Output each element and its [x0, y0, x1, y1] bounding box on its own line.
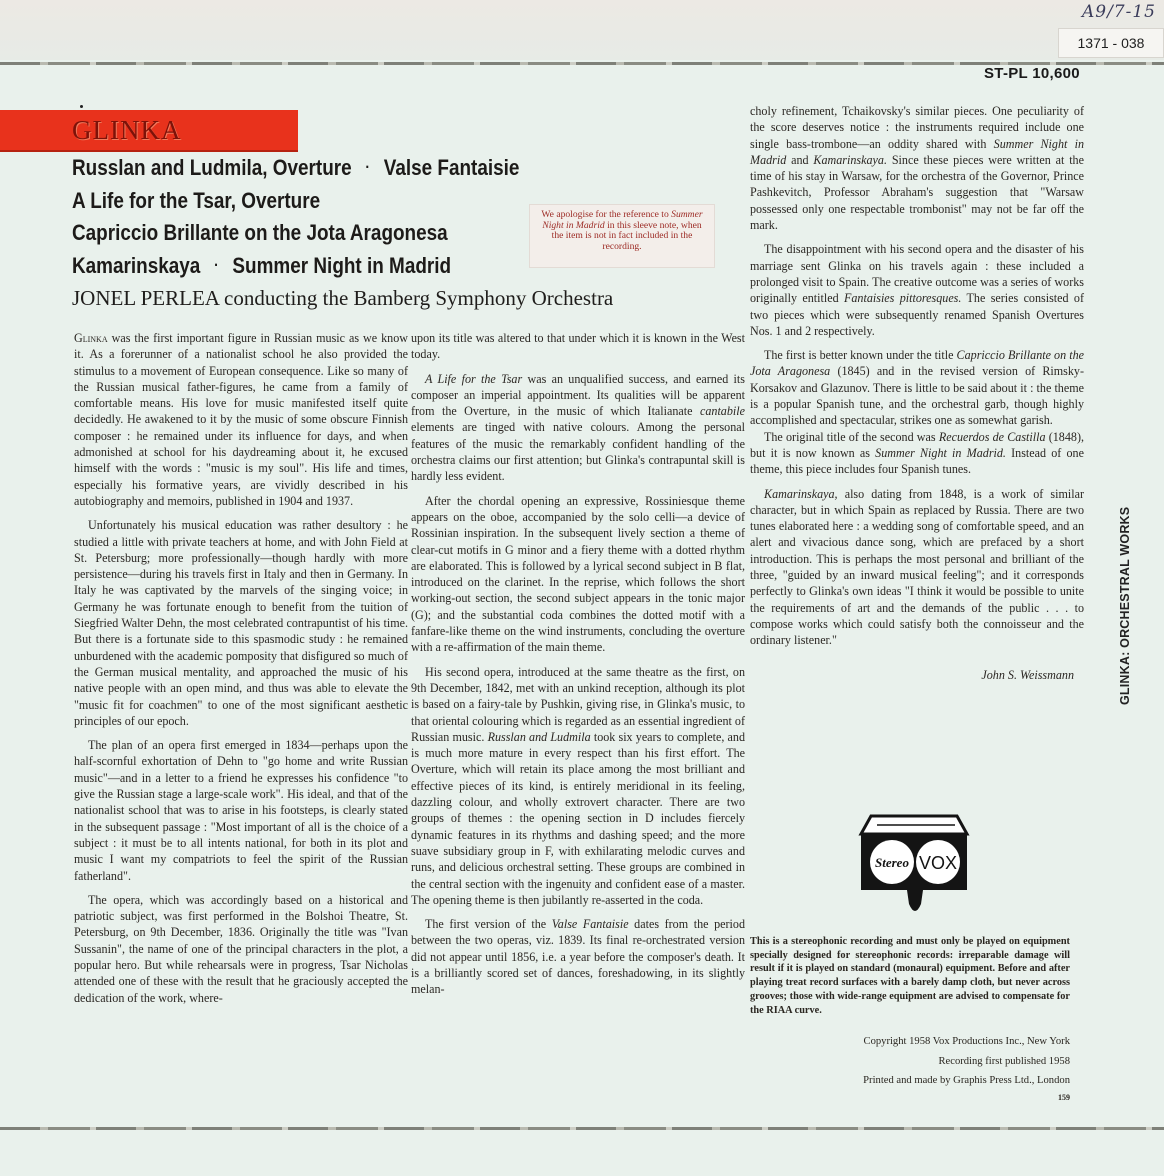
notes-column-1: Glinka was the first important figure in… — [74, 330, 408, 1014]
italic-term: cantabile — [700, 404, 745, 418]
svg-text:Stereo: Stereo — [875, 855, 909, 870]
work-line: Russlan and Ludmila, Overture·Valse Fant… — [72, 152, 519, 185]
print-speck — [80, 105, 83, 108]
author-signature: John S. Weissmann — [750, 667, 1084, 683]
bottom-fold-line — [0, 1127, 1164, 1130]
work-title: Summer Night in Madrid — [232, 253, 451, 278]
work-title: A Life for the Tsar, Overture — [72, 188, 320, 213]
composer-banner: GLINKA — [0, 110, 298, 152]
italic-title: Summer Night in Madrid. — [875, 446, 1006, 460]
printer-line: Printed and made by Graphis Press Ltd., … — [750, 1071, 1070, 1091]
paragraph: The plan of an opera first emerged in 18… — [74, 737, 408, 884]
italic-title: Russlan and Ludmila — [488, 730, 591, 744]
separator-dot: · — [214, 250, 219, 283]
stereo-notice: This is a stereophonic recording and mus… — [750, 935, 1070, 1017]
paragraph-text: The first version of the — [425, 917, 546, 931]
paragraph-text: also dating from 1848, is a work of simi… — [750, 487, 1084, 648]
paragraph: choly refinement, Tchaikovsky's similar … — [750, 103, 1084, 233]
copyright-line: Copyright 1958 Vox Productions Inc., New… — [750, 1032, 1070, 1052]
works-list: Russlan and Ludmila, Overture·Valse Fant… — [72, 152, 592, 282]
drop-lead: Glinka — [74, 331, 108, 345]
paragraph-text: took six years to complete, and is much … — [411, 730, 745, 907]
paragraph: His second opera, introduced at the same… — [411, 664, 745, 908]
work-title: Russlan and Ludmila, Overture — [72, 155, 352, 180]
paragraph: Kamarinskaya, also dating from 1848, is … — [750, 486, 1084, 649]
work-title: Valse Fantaisie — [384, 155, 520, 180]
paragraph: The disappointment with his second opera… — [750, 241, 1084, 339]
sleeve-top-edge — [0, 0, 1164, 60]
apology-text: We apologise for the reference to — [541, 209, 668, 220]
catalog-number: ST-PL 10,600 — [984, 65, 1080, 82]
work-line: Capriccio Brillante on the Jota Aragones… — [72, 217, 519, 250]
paragraph: The opera, which was accordingly based o… — [74, 892, 408, 1006]
paragraph: Glinka was the first important figure in… — [74, 330, 408, 509]
italic-title: Fantaisies pittoresques. — [844, 291, 961, 305]
paragraph-text: elements are tinged with native colours.… — [411, 420, 745, 483]
apology-sticker: We apologise for the reference to Summer… — [529, 204, 715, 268]
copyright-block: Copyright 1958 Vox Productions Inc., New… — [750, 1032, 1070, 1105]
italic-title: Kamarinskaya, — [764, 487, 838, 501]
spine-title: GLINKA: ORCHESTRAL WORKS — [1118, 507, 1132, 705]
notes-column-3: choly refinement, Tchaikovsky's similar … — [750, 103, 1084, 683]
paragraph: Unfortunately his musical education was … — [74, 517, 408, 729]
work-line: Kamarinskaya·Summer Night in Madrid — [72, 250, 519, 283]
work-line: A Life for the Tsar, Overture — [72, 185, 519, 218]
italic-title: Valse Fantaisie — [552, 917, 629, 931]
work-title: Capriccio Brillante on the Jota Aragones… — [72, 220, 448, 245]
recording-published-line: Recording first published 1958 — [750, 1052, 1070, 1072]
paragraph-text: The first is better known under the titl… — [764, 348, 953, 362]
paragraph: After the chordal opening an expressive,… — [411, 493, 745, 656]
svg-text:VOX: VOX — [919, 853, 957, 873]
paragraph: The first is better known under the titl… — [750, 347, 1084, 428]
paragraph-text: and — [791, 153, 808, 167]
work-title: Kamarinskaya — [72, 253, 200, 278]
paragraph-text: The original title of the second was — [764, 430, 936, 444]
paragraph: upon its title was altered to that under… — [411, 330, 745, 363]
separator-dot: · — [365, 152, 370, 185]
catalog-sticker: 1371 - 038 — [1058, 28, 1164, 58]
print-code: 159 — [750, 1091, 1070, 1105]
italic-title: A Life for the Tsar — [425, 372, 522, 386]
italic-title: Kamarinskaya. — [813, 153, 887, 167]
performers-credit: JONEL PERLEA conducting the Bamberg Symp… — [72, 286, 613, 311]
vox-stereo-logo-icon: Stereo VOX — [855, 812, 973, 922]
paragraph-text: was the first important figure in Russia… — [74, 331, 408, 508]
italic-title: Recuerdos de Castilla — [939, 430, 1046, 444]
paragraph: The first version of the Valse Fantaisie… — [411, 916, 745, 997]
composer-name: GLINKA — [72, 115, 181, 146]
paragraph: A Life for the Tsar was an unqualified s… — [411, 371, 745, 485]
paragraph: The original title of the second was Rec… — [750, 429, 1084, 478]
notes-column-2: upon its title was altered to that under… — [411, 330, 745, 1006]
handwritten-note: A9/7-15 — [1082, 2, 1156, 22]
